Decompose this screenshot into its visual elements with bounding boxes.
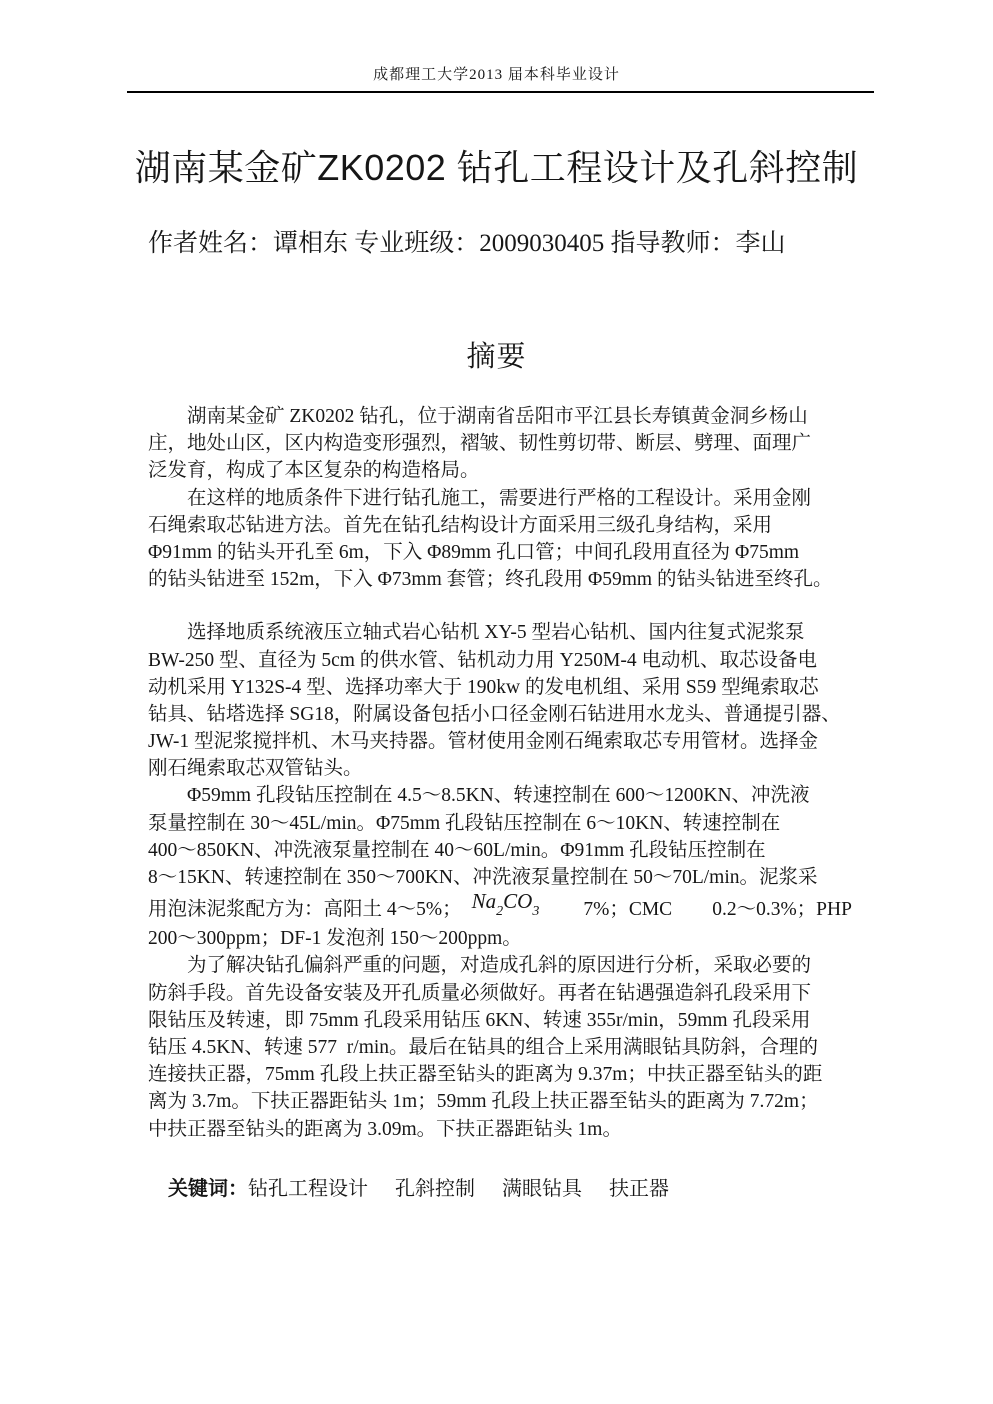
abstract-heading: 摘要: [0, 334, 993, 375]
text-line: 泵量控制在 30～45L/min。Φ75mm 孔段钻压控制在 6～10KN、转速…: [148, 810, 864, 837]
header-rule: [127, 91, 874, 93]
paragraph-4: Φ59mm 孔段钻压控制在 4.5～8.5KN、转速控制在 600～1200KN…: [148, 782, 864, 952]
formula-line-post: 0.2～0.3%；PHP: [712, 899, 852, 920]
keyword: 满眼钻具: [502, 1178, 582, 1200]
keyword: 扶正器: [609, 1178, 669, 1200]
text-line: JW-1 型泥浆搅拌机、木马夹持器。管材使用金刚石绳索取芯专用管材。选择金: [148, 728, 864, 755]
text-line: 为了解决钻孔偏斜严重的问题，对造成孔斜的原因进行分析，采取必要的: [148, 952, 864, 979]
formula-line-pre: 用泡沫泥浆配方为：高阳土 4～5%；: [148, 899, 462, 920]
formula-line-mid: 7%；CMC: [583, 899, 672, 920]
abstract-body: 湖南某金矿 ZK0202 钻孔，位于湖南省岳阳市平江县长寿镇黄金洞乡杨山庄，地处…: [148, 403, 864, 1143]
text-line: 防斜手段。首先设备安装及开孔质量必须做好。再者在钻遇强造斜孔段采用下: [148, 980, 864, 1007]
keywords-list: 钻孔工程设计孔斜控制满眼钻具扶正器: [248, 1178, 696, 1200]
author-line: 作者姓名：谭相东 专业班级：2009030405 指导教师：李山: [148, 223, 868, 259]
text-line: 400～850KN、冲洗液泵量控制在 40～60L/min。Φ91mm 孔段钻压…: [148, 837, 864, 864]
text-line: Φ59mm 孔段钻压控制在 4.5～8.5KN、转速控制在 600～1200KN…: [148, 782, 864, 809]
text-line: 中扶正器至钻头的距离为 3.09m。下扶正器距钻头 1m。: [148, 1116, 864, 1143]
text-line: 钻具、钻塔选择 SG18，附属设备包括小口径金刚石钻进用水龙头、普通提引器、: [148, 701, 864, 728]
text-line: 湖南某金矿 ZK0202 钻孔，位于湖南省岳阳市平江县长寿镇黄金洞乡杨山: [148, 403, 864, 430]
paragraph-5: 为了解决钻孔偏斜严重的问题，对造成孔斜的原因进行分析，采取必要的防斜手段。首先设…: [148, 952, 864, 1142]
paragraph-1: 湖南某金矿 ZK0202 钻孔，位于湖南省岳阳市平江县长寿镇黄金洞乡杨山庄，地处…: [148, 403, 864, 485]
thesis-title: 湖南某金矿ZK0202 钻孔工程设计及孔斜控制: [0, 140, 993, 191]
text-line: 连接扶正器，75mm 孔段上扶正器至钻头的距离为 9.37m；中扶正器至钻头的距: [148, 1061, 864, 1088]
text-line: 的钻头钻进至 152m，下入 Φ73mm 套管；终孔段用 Φ59mm 的钻头钻进…: [148, 566, 864, 593]
text-line: 钻压 4.5KN、转速 577 r/min。最后在钻具的组合上采用满眼钻具防斜，…: [148, 1034, 864, 1061]
text-line: 用泡沫泥浆配方为：高阳土 4～5%；Na2CO37%；CMC0.2～0.3%；P…: [148, 891, 864, 925]
text-line: 动机采用 Y132S-4 型、选择功率大于 190kw 的发电机组、采用 S59…: [148, 674, 864, 701]
keyword: 钻孔工程设计: [248, 1178, 368, 1200]
text-line: BW-250 型、直径为 5cm 的供水管、钻机动力用 Y250M-4 电动机、…: [148, 647, 864, 674]
text-line: Φ91mm 的钻头开孔至 6m，下入 Φ89mm 孔口管；中间孔段用直径为 Φ7…: [148, 539, 864, 566]
page-header: 成都理工大学2013 届本科毕业设计: [0, 63, 993, 84]
paragraph-2: 在这样的地质条件下进行钻孔施工，需要进行严格的工程设计。采用金刚石绳索取芯钻进方…: [148, 485, 864, 594]
text-line: 庄，地处山区，区内构造变形强烈，褶皱、韧性剪切带、断层、劈理、面理广: [148, 430, 864, 457]
text-line: 200～300ppm；DF-1 发泡剂 150～200ppm。: [148, 925, 864, 952]
text-line: 在这样的地质条件下进行钻孔施工，需要进行严格的工程设计。采用金刚: [148, 485, 864, 512]
text-line: 8～15KN、转速控制在 350～700KN、冲洗液泵量控制在 50～70L/m…: [148, 864, 864, 891]
text-line: 泛发育，构成了本区复杂的构造格局。: [148, 457, 864, 484]
paragraph-3: 选择地质系统液压立轴式岩心钻机 XY-5 型岩心钻机、国内往复式泥浆泵BW-25…: [148, 619, 864, 782]
keywords-label: 关键词：: [168, 1178, 248, 1200]
text-line: 石绳索取芯钻进方法。首先在钻孔结构设计方面采用三级孔身结构，采用: [148, 512, 864, 539]
header-text: 成都理工大学2013 届本科毕业设计: [373, 67, 620, 83]
text-line: 选择地质系统液压立轴式岩心钻机 XY-5 型岩心钻机、国内往复式泥浆泵: [148, 619, 864, 646]
chemical-formula: Na2CO3: [472, 889, 540, 913]
keywords-line: 关键词：钻孔工程设计孔斜控制满眼钻具扶正器: [148, 1149, 868, 1224]
text-line: 限钻压及转速，即 75mm 孔段采用钻压 6KN、转速 355r/min，59m…: [148, 1007, 864, 1034]
text-line: 刚石绳索取芯双管钻头。: [148, 755, 864, 782]
keyword: 孔斜控制: [395, 1178, 475, 1200]
document-page: 成都理工大学2013 届本科毕业设计 湖南某金矿ZK0202 钻孔工程设计及孔斜…: [0, 0, 993, 1404]
text-line: 离为 3.7m。下扶正器距钻头 1m；59mm 孔段上扶正器至钻头的距离为 7.…: [148, 1088, 864, 1115]
